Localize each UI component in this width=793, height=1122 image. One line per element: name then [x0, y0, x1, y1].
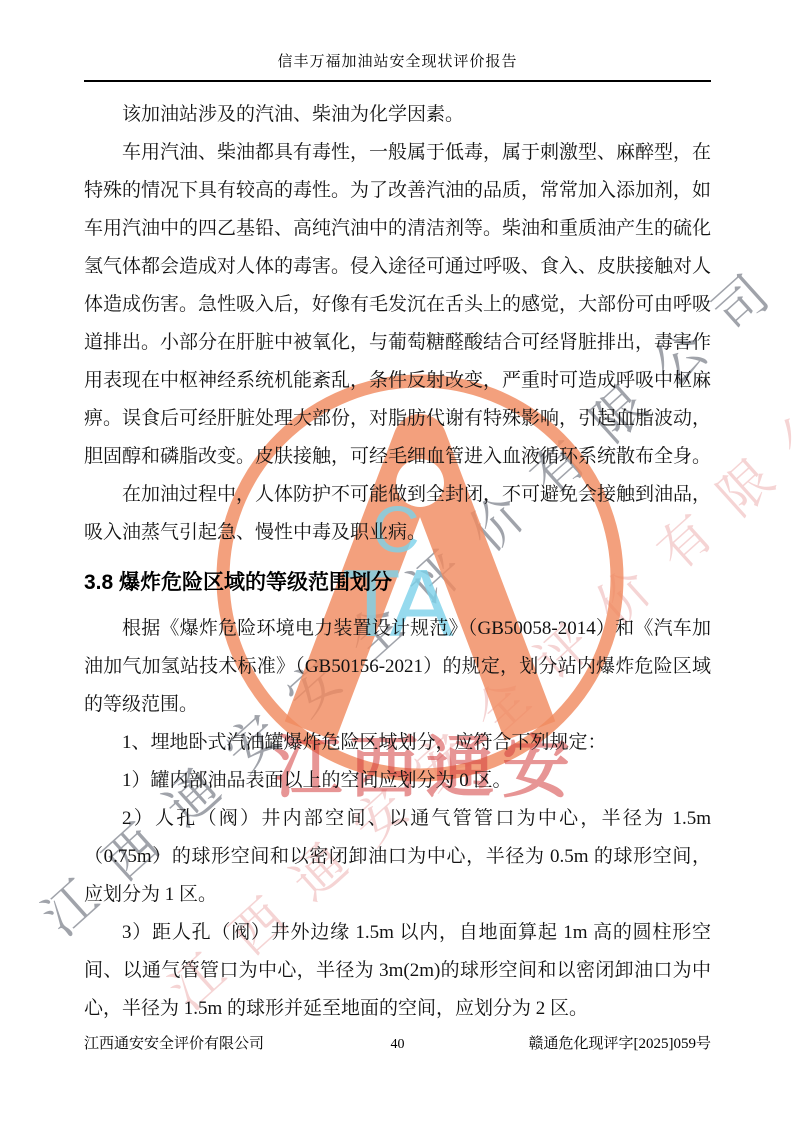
paragraph-rule-zone2: 3）距人孔（阀）井外边缘 1.5m 以内，自地面算起 1m 高的圆柱形空间、以通… [84, 914, 711, 1028]
document-page: 江西通安安全评价有限公司 江西通安安全评价有限公司 C TA 江西通安 信丰万福… [0, 0, 793, 1122]
paragraph-chemical-factors: 该加油站涉及的汽油、柴油为化学因素。 [84, 96, 711, 134]
page-footer: 江西通安安全评价有限公司 40 赣通危化现评字[2025]059号 [84, 1032, 711, 1053]
page-header: 信丰万福加油站安全现状评价报告 [84, 50, 711, 82]
paragraph-rule-zone1: 2）人孔（阀）井内部空间、以通气管管口为中心，半径为 1.5m（0.75m）的球… [84, 800, 711, 914]
footer-doc-number: 赣通危化现评字[2025]059号 [428, 1032, 712, 1053]
paragraph-toxicity: 车用汽油、柴油都具有毒性，一般属于低毒，属于刺激型、麻醉型，在特殊的情况下具有较… [84, 134, 711, 476]
paragraph-refueling-exposure: 在加油过程中，人体防护不可能做到全封闭，不可避免会接触到油品，吸入油蒸气引起急、… [84, 476, 711, 552]
footer-company: 江西通安安全评价有限公司 [84, 1032, 368, 1053]
paragraph-rule-intro: 1、埋地卧式汽油罐爆炸危险区域划分，应符合下列规定： [84, 724, 711, 762]
footer-page-number: 40 [368, 1037, 428, 1053]
header-title: 信丰万福加油站安全现状评价报告 [277, 54, 517, 70]
document-body: 该加油站涉及的汽油、柴油为化学因素。 车用汽油、柴油都具有毒性，一般属于低毒，属… [84, 96, 711, 1028]
paragraph-standards-basis: 根据《爆炸危险环境电力装置设计规范》（GB50058-2014）和《汽车加油加气… [84, 610, 711, 724]
section-heading-3-8: 3.8 爆炸危险区域的等级范围划分 [84, 568, 711, 598]
paragraph-rule-zone0: 1）罐内部油品表面以上的空间应划分为 0 区。 [84, 762, 711, 800]
page-content: 信丰万福加油站安全现状评价报告 该加油站涉及的汽油、柴油为化学因素。 车用汽油、… [84, 50, 711, 1028]
